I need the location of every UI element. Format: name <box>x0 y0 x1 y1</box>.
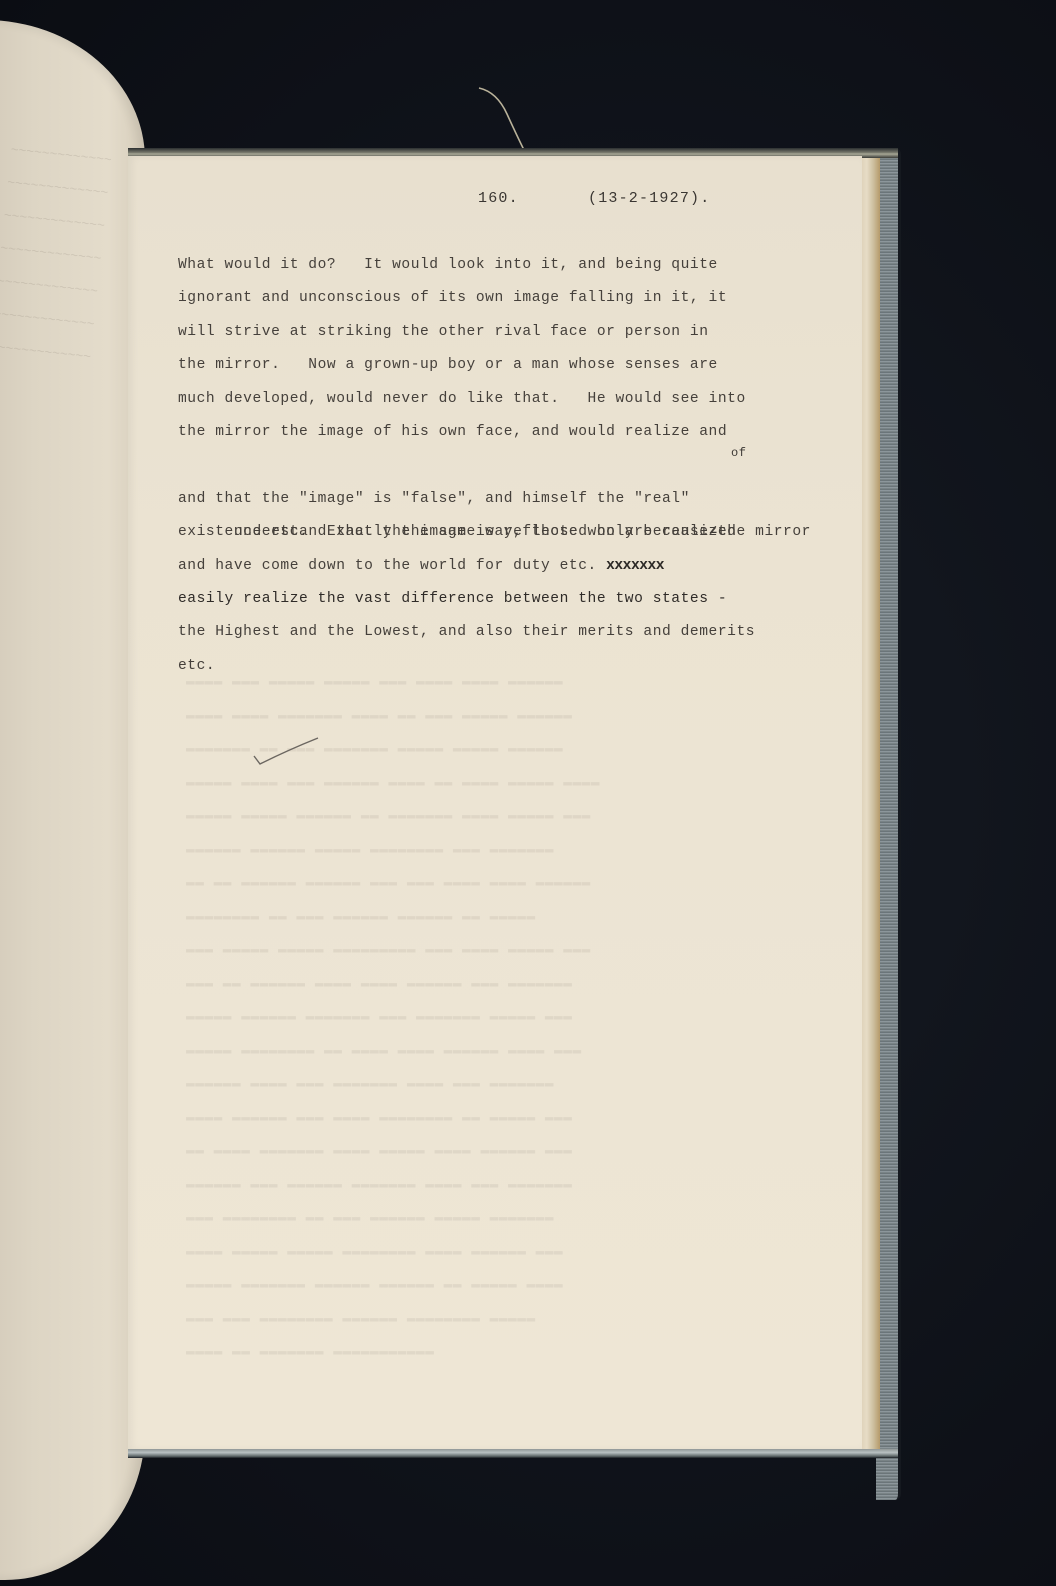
facing-page-left: ~~~~~~~~~~~~~ ~~~~~~~~~~~~~ ~~~~~~~~~~~~… <box>0 20 145 1580</box>
binding-bottom-edge <box>128 1449 898 1458</box>
text-line-head: and have come down to the world for duty… <box>178 558 597 574</box>
text-line: and that the "image" is "false", and him… <box>178 483 878 516</box>
text-line: existence etc. Exactly the same way, tho… <box>178 516 878 549</box>
text-line: the mirror the image of his own face, an… <box>178 416 878 449</box>
handwritten-insertion: of <box>731 437 747 470</box>
text-line: will strive at striking the other rival … <box>178 316 878 349</box>
text-line: What would it do? It would look into it,… <box>178 249 878 282</box>
text-line: etc. <box>178 650 878 683</box>
text-line: ignorant and unconscious of its own imag… <box>178 282 878 315</box>
struck-out-text: xxxxxxx <box>606 558 664 574</box>
loose-thread <box>477 84 537 154</box>
text-line: the Highest and the Lowest, and also the… <box>178 616 878 649</box>
page-date: (13-2-1927). <box>588 190 710 207</box>
page-header: 160.(13-2-1927). <box>478 190 710 207</box>
text-line: the mirror. Now a grown-up boy or a man … <box>178 349 878 382</box>
checkmark-annotation-icon <box>248 734 338 774</box>
text-line: much developed, would never do like that… <box>178 383 878 416</box>
text-line-with-strikeout: and have come down to the world for duty… <box>178 550 878 583</box>
page-number: 160. <box>478 190 588 207</box>
typescript-page: ▬▬▬▬ ▬▬▬ ▬▬▬▬▬ ▬▬▬▬▬ ▬▬▬ ▬▬▬▬ ▬▬▬▬ ▬▬▬▬▬… <box>128 156 862 1450</box>
typed-body-text: What would it do? It would look into it,… <box>178 249 878 683</box>
text-line: easily realize the vast difference betwe… <box>178 583 878 616</box>
text-line-with-insertion: of understand that the image is reflecte… <box>178 449 878 482</box>
